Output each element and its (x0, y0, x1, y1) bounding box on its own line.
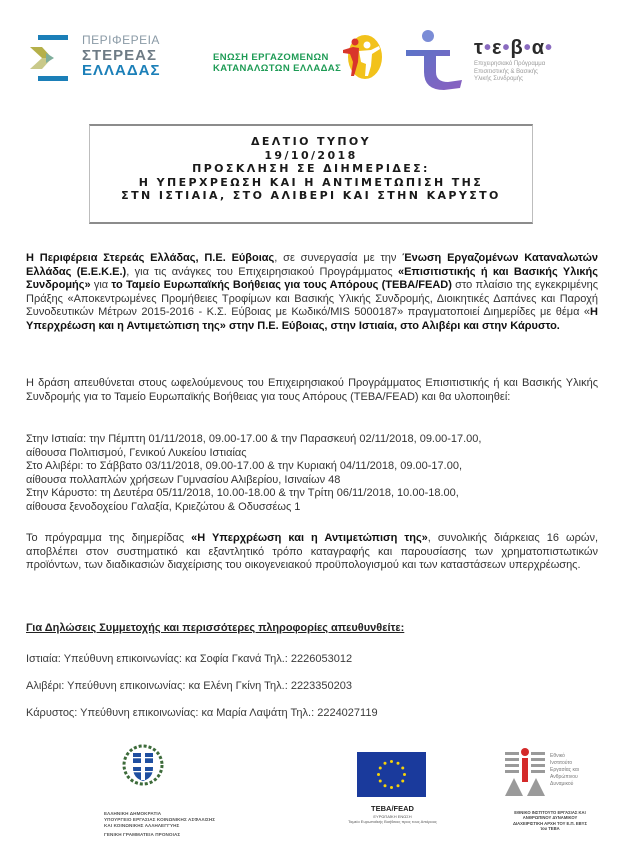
eiead-logo: Εθνικό Ινστιτούτο Εργασίας και Ανθρώπινο… (495, 748, 615, 858)
title-line-locations: ΣΤΝ ΙΣΤΙΑΙΑ, ΣΤΟ ΑΛΙΒΕΡΙ ΚΑΙ ΣΤΗΝ ΚΑΡΥΣΤ… (90, 189, 532, 203)
ministry-line4: ΓΕΝΙΚΗ ΓΡΑΜΜΑΤΕΙΑ ΠΡΟΝΟΙΑΣ (104, 832, 215, 838)
greek-coat-of-arms-icon (122, 744, 164, 786)
eu-teba-fead-logo: TEBA/FEAD ΕΥΡΩΠΑΪΚΗ ΕΝΩΣΗ Ταμείο Ευρωπαϊ… (340, 752, 495, 822)
teba-sub-line3: Υλικής Συνδρομής (474, 76, 614, 84)
eeke-logo: ΕΝΩΣΗ ΕΡΓΑΖΟΜΕΝΩΝ ΚΑΤΑΝΑΛΩΤΩΝ ΕΛΛΑΔΑΣ (213, 34, 383, 82)
schedule-item-aliveri: Στο Αλιβέρι: το Σάββατο 03/11/2018, 09.0… (26, 460, 598, 487)
region-logo-line3: ΕΛΛΑΔΑΣ (82, 63, 160, 78)
region-logo-line2: ΣΤΕΡΕΑΣ (82, 48, 160, 63)
schedule-item-istiaia: Στην Ιστιαία: την Πέμπτη 01/11/2018, 09.… (26, 433, 598, 460)
contact-karystos: Κάρυστος: Υπεύθυνη επικοινωνίας: κα Μαρί… (26, 707, 378, 719)
eu-logo-line2: Ταμείο Ευρωπαϊκής Βοήθειας προς τους Από… (330, 819, 455, 824)
teba-wordmark: τ•ε•β•α• (474, 38, 614, 58)
press-release-title-box: ΔΕΛΤΙΟ ΤΥΠΟΥ 19/10/2018 ΠΡΟΣΚΛΗΣΗ ΣΕ ΔΙΗ… (89, 124, 533, 224)
contact-aliveri: Αλιβέρι: Υπεύθυνη επικοινωνίας: κα Ελένη… (26, 680, 352, 692)
schedule-list: Στην Ιστιαία: την Πέμπτη 01/11/2018, 09.… (26, 433, 598, 515)
intro-paragraph: Η Περιφέρεια Στερεάς Ελλάδας, Π.Ε. Εύβοι… (26, 252, 598, 334)
audience-paragraph: Η δράση απευθύνεται στους ωφελούμενους τ… (26, 377, 598, 404)
contacts-heading: Για Δηλώσεις Συμμετοχής και περισσότερες… (26, 622, 598, 636)
eu-flag-icon (357, 752, 426, 797)
sigma-logo-icon (28, 33, 70, 83)
contact-istiaia: Ιστιαία: Υπεύθυνη επικοινωνίας: κα Σοφία… (26, 653, 352, 665)
header-logos: ΠΕΡΙΦΕΡΕΙΑ ΣΤΕΡΕΑΣ ΕΛΛΑΔΑΣ ΕΝΩΣΗ ΕΡΓΑΖΟΜ… (0, 0, 623, 100)
title-line-date: 19/10/2018 (90, 149, 532, 163)
eiead-symbol-icon (505, 748, 545, 798)
eeke-logo-line1: ΕΝΩΣΗ ΕΡΓΑΖΟΜΕΝΩΝ (213, 52, 341, 63)
schedule-item-karystos: Στην Κάρυστο: τη Δευτέρα 05/11/2018, 10.… (26, 487, 598, 514)
title-line-invitation: ΠΡΟΣΚΛΗΣΗ ΣΕ ΔΙΗΜΕΡΙΔΕΣ: (90, 162, 532, 176)
teba-sub-line1: Επιχειρησιακό Πρόγραμμα (474, 61, 614, 69)
teba-symbol-icon (406, 30, 462, 90)
teba-logo: τ•ε•β•α• Επιχειρησιακό Πρόγραμμα Επισιτι… (474, 38, 614, 88)
title-line-topic: Η ΥΠΕΡΧΡΕΩΣΗ ΚΑΙ Η ΑΝΤΙΜΕΤΩΠΙΣΗ ΤΗΣ (90, 176, 532, 190)
teba-sub-line2: Επισιτιστικής & Βασικής (474, 69, 614, 77)
region-logo-line1: ΠΕΡΙΦΕΡΕΙΑ (82, 33, 160, 48)
eeke-logo-line2: ΚΑΤΑΝΑΛΩΤΩΝ ΕΛΛΑΔΑΣ (213, 63, 341, 74)
program-paragraph: Το πρόγραμμα της διημερίδας «Η Υπερχρέωσ… (26, 532, 598, 573)
people-figures-icon (341, 34, 383, 80)
ministry-logo: ΕΛΛΗΝΙΚΗ ΔΗΜΟΚΡΑΤΙΑ ΥΠΟΥΡΓΕΙΟ ΕΡΓΑΣΙΑΣ Κ… (104, 744, 284, 854)
ministry-line3: ΚΑΙ ΚΟΙΝΩΝΙΚΗΣ ΑΛΛΗΛΕΓΓΥΗΣ (104, 823, 215, 829)
title-line-press-release: ΔΕΛΤΙΟ ΤΥΠΟΥ (90, 135, 532, 149)
region-sterea-ellada-logo: ΠΕΡΙΦΕΡΕΙΑ ΣΤΕΡΕΑΣ ΕΛΛΑΔΑΣ (28, 33, 178, 85)
eu-logo-title: TEBA/FEAD (340, 804, 445, 813)
